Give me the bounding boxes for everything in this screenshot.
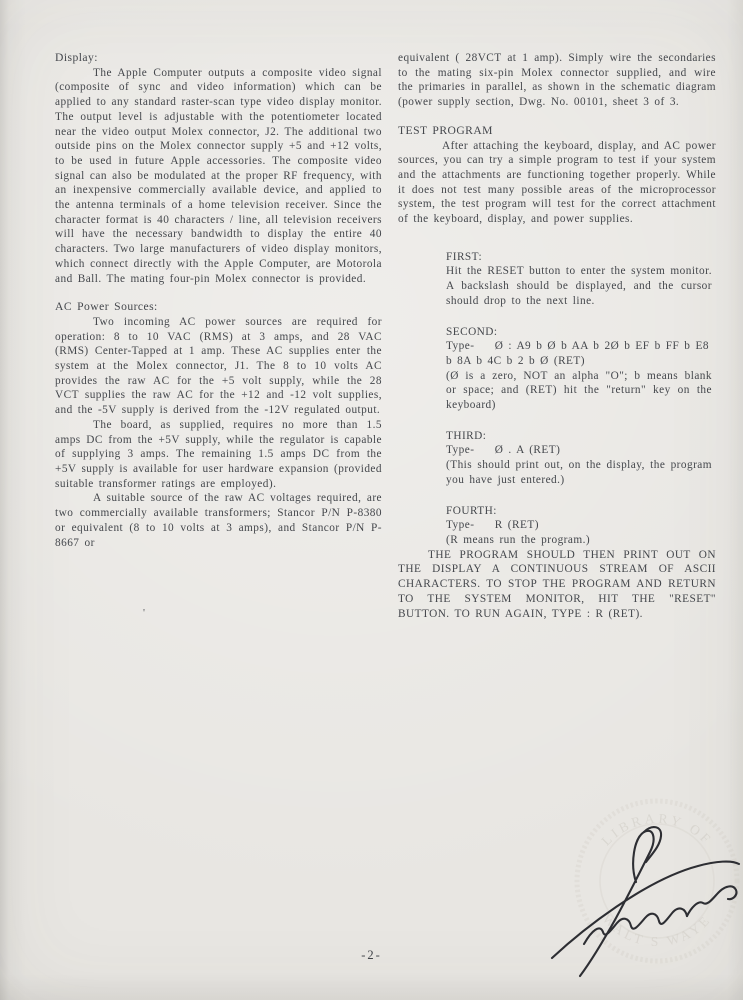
paragraph-test-program: After attaching the keyboard, display, a…	[398, 139, 716, 227]
signature-humps-stroke	[584, 909, 687, 944]
section-heading-display: Display:	[55, 51, 382, 66]
test-steps: FIRST: Hit the RESET button to enter the…	[446, 250, 712, 548]
paragraph-ac-power-1: Two incoming AC power sources are requir…	[55, 315, 382, 418]
stray-ink-mark: '	[143, 607, 145, 619]
step-typeline-fourth: Type- R (RET)	[446, 518, 712, 533]
step-note-second: (Ø is a zero, NOT an alpha "O"; b means …	[446, 369, 712, 413]
section-heading-ac-power: AC Power Sources:	[55, 300, 382, 315]
paragraph-display: The Apple Computer outputs a composite v…	[55, 66, 382, 287]
signature-flourish-stroke	[687, 886, 736, 916]
step-label-second: SECOND:	[446, 325, 712, 340]
step-typeline-second: Type- Ø : A9 b Ø b AA b 2Ø b EF b FF b E…	[446, 339, 712, 368]
step-note-third: (This should print out, on the display, …	[446, 458, 712, 487]
scanned-document-page: Display: The Apple Computer outputs a co…	[0, 0, 743, 1000]
paragraph-ac-power-2: The board, as supplied, requires no more…	[55, 418, 382, 492]
paragraph-ac-power-3: A suitable source of the raw AC voltages…	[55, 491, 382, 550]
step-note-fourth: (R means run the program.)	[446, 533, 712, 548]
paragraph-continuation: equivalent ( 28VCT at 1 amp). Simply wir…	[398, 51, 716, 110]
signature-sweep-stroke	[552, 862, 739, 958]
paragraph-conclusion-caps: THE PROGRAM SHOULD THEN PRINT OUT ON THE…	[398, 548, 716, 622]
step-typeline-third: Type- Ø . A (RET)	[446, 443, 712, 458]
page-number: -2-	[0, 948, 743, 963]
step-label-third: THIRD:	[446, 429, 712, 444]
step-text-first: Hit the RESET button to enter the system…	[446, 264, 712, 308]
left-column: Display: The Apple Computer outputs a co…	[55, 51, 382, 550]
section-heading-test-program: TEST PROGRAM	[398, 124, 716, 139]
step-label-fourth: FOURTH:	[446, 504, 712, 519]
step-label-first: FIRST:	[446, 250, 712, 265]
right-column: equivalent ( 28VCT at 1 amp). Simply wir…	[398, 51, 716, 621]
